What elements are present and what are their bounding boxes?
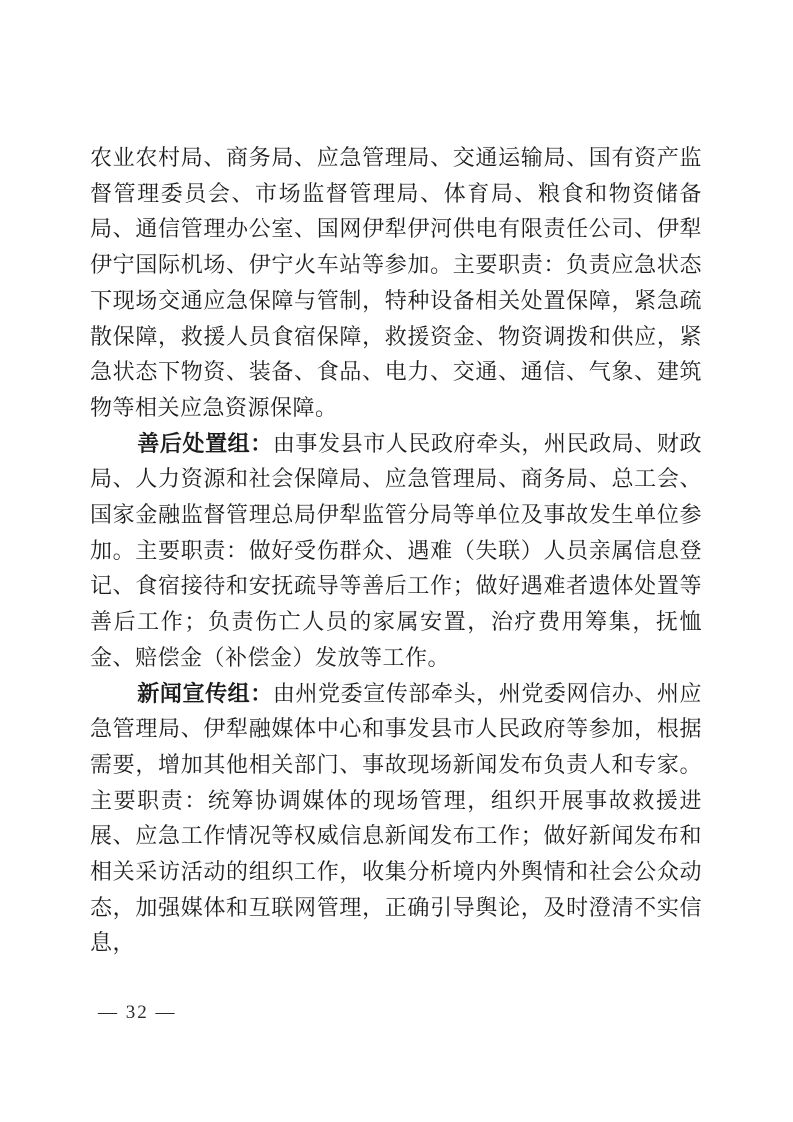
paragraph-text: 农业农村局、商务局、应急管理局、交通运输局、国有资产监督管理委员会、市场监督管理… (90, 145, 702, 420)
page-footer: — 32 — (98, 1001, 177, 1025)
group-name-label: 新闻宣传组： (137, 681, 273, 706)
paragraph-text: 由州党委宣传部牵头，州党委网信办、州应急管理局、伊犁融媒体中心和事发县市人民政府… (90, 681, 702, 956)
paragraph-text: 由事发县市人民政府牵头，州民政局、财政局、人力资源和社会保障局、应急管理局、商务… (90, 431, 702, 670)
paragraph-news-group: 新闻宣传组：由州党委宣传部牵头，州党委网信办、州应急管理局、伊犁融媒体中心和事发… (90, 676, 702, 962)
paragraph-aftermath-group: 善后处置组：由事发县市人民政府牵头，州民政局、财政局、人力资源和社会保障局、应急… (90, 426, 702, 676)
document-page: 农业农村局、商务局、应急管理局、交通运输局、国有资产监督管理委员会、市场监督管理… (0, 0, 793, 1122)
paragraph-logistics-continuation: 农业农村局、商务局、应急管理局、交通运输局、国有资产监督管理委员会、市场监督管理… (90, 140, 702, 426)
document-body: 农业农村局、商务局、应急管理局、交通运输局、国有资产监督管理委员会、市场监督管理… (90, 140, 702, 961)
page-number: — 32 — (98, 1002, 177, 1023)
group-name-label: 善后处置组： (137, 431, 273, 456)
